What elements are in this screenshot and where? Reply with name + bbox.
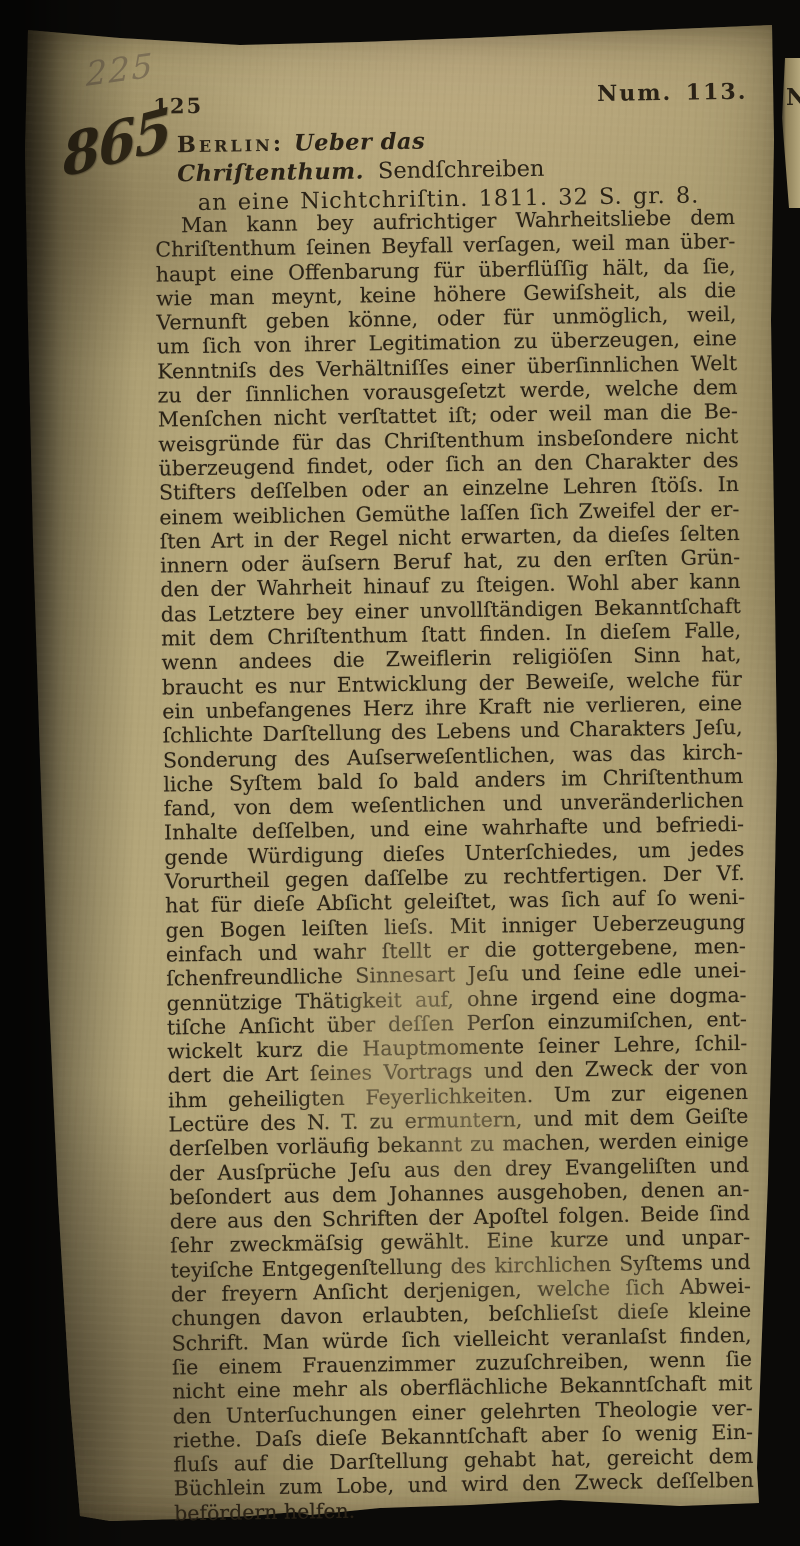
- handwritten-pencil-number: 225: [86, 45, 154, 94]
- body-text: Man kann bey aufrichtiger Wahrheitsliebe…: [155, 205, 754, 1525]
- adjacent-page-partial-letter: N: [786, 84, 800, 111]
- entry-heading: Berlin:Ueber das Chriſtenthum.Sendſchrei…: [177, 123, 744, 218]
- handwritten-margin-number: 865: [61, 95, 172, 191]
- heading-title-rest: Sendſchreiben: [378, 156, 545, 184]
- issue-number: Num. 113.: [597, 79, 748, 107]
- heading-place: Berlin:: [177, 131, 285, 159]
- page-content: 225 125 Num. 113. 865 Berlin:Ueber das C…: [0, 0, 800, 1546]
- scanned-book-page: 225 125 Num. 113. 865 Berlin:Ueber das C…: [0, 0, 800, 1546]
